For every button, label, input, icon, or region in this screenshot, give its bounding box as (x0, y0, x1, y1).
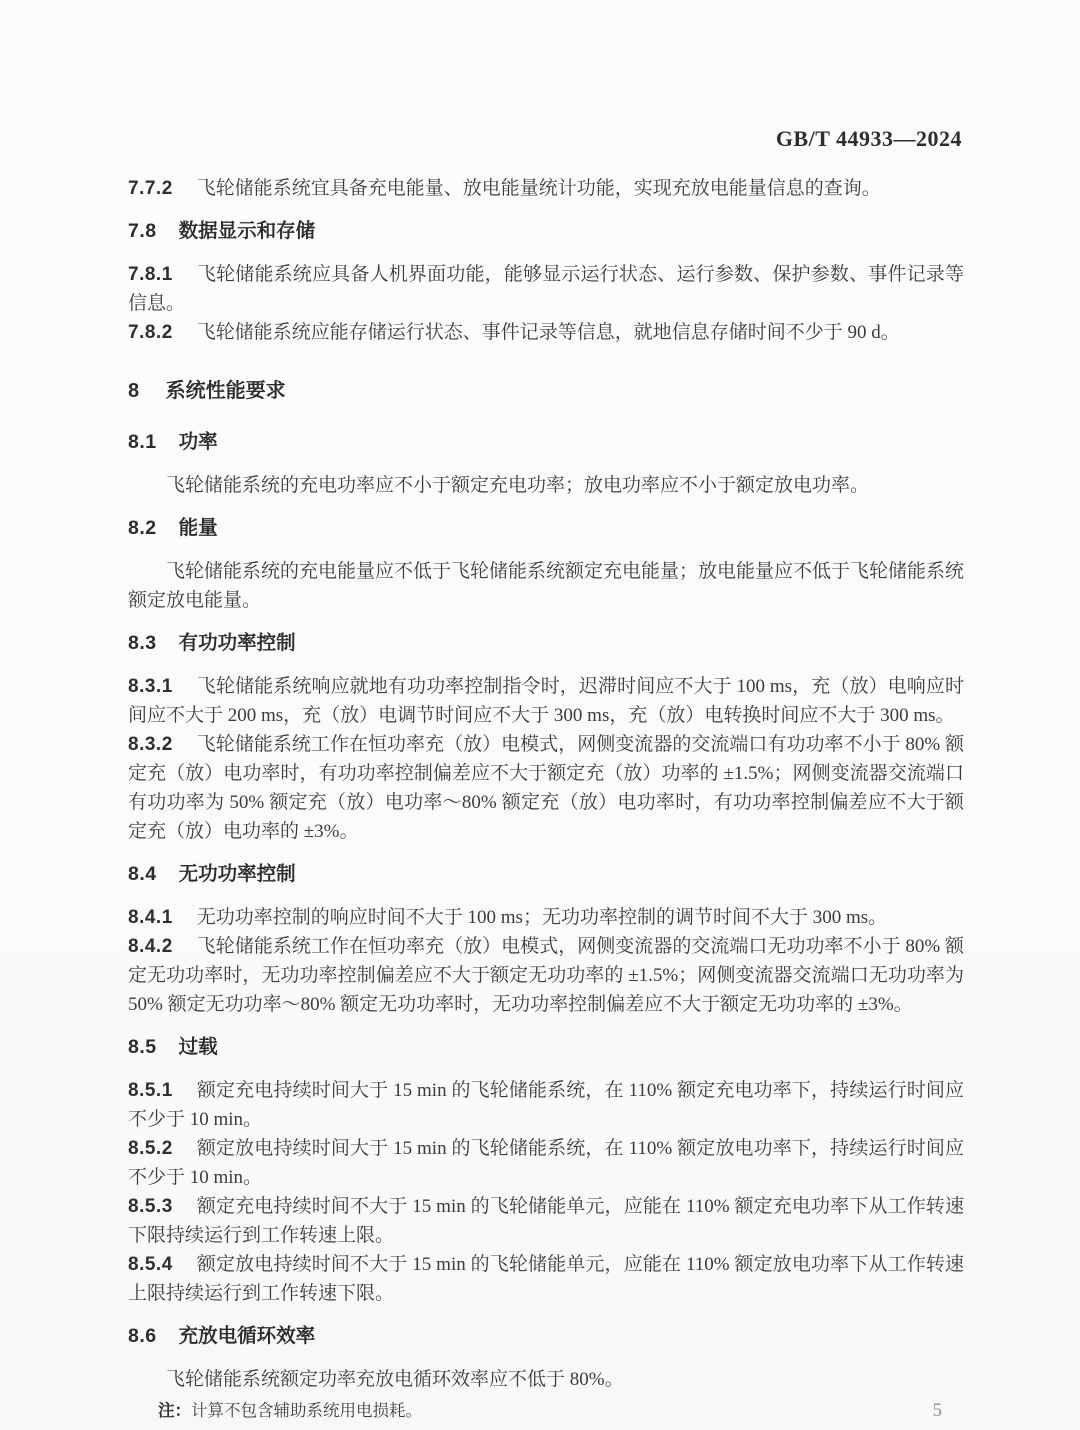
clause-text: 飞轮储能系统宜具备充电能量、放电能量统计功能，实现充放电能量信息的查询。 (197, 178, 881, 199)
section-number: 8.6 (128, 1325, 157, 1347)
clause-number: 7.8.1 (128, 264, 173, 285)
clause-text: 额定放电持续时间不大于 15 min 的飞轮储能单元，应能在 110% 额定放电… (128, 1254, 964, 1304)
clause-number: 8.4.2 (128, 936, 173, 957)
section-title: 功率 (179, 431, 218, 453)
clause-8.4.1: 8.4.1无功功率控制的响应时间不大于 100 ms；无功功率控制的调节时间不大… (128, 903, 964, 932)
clause-8.3.2: 8.3.2飞轮储能系统工作在恒功率充（放）电模式，网侧变流器的交流端口有功功率不… (128, 730, 964, 846)
clause-7.8.2: 7.8.2飞轮储能系统应能存储运行状态、事件记录等信息，就地信息存储时间不少于 … (128, 318, 964, 347)
section-number: 8.4 (128, 863, 157, 885)
section-title: 系统性能要求 (166, 380, 286, 402)
clause-text: 额定充电持续时间大于 15 min 的飞轮储能系统，在 110% 额定充电功率下… (128, 1080, 964, 1130)
clause-8.5.2: 8.5.2额定放电持续时间大于 15 min 的飞轮储能系统，在 110% 额定… (128, 1134, 964, 1192)
note-label: 注： (158, 1402, 191, 1420)
clause-8.5.4: 8.5.4额定放电持续时间不大于 15 min 的飞轮储能单元，应能在 110%… (128, 1250, 964, 1308)
clause-text: 飞轮储能系统应能存储运行状态、事件记录等信息，就地信息存储时间不少于 90 d。 (197, 322, 900, 343)
clause-8.5.3: 8.5.3额定充电持续时间不大于 15 min 的飞轮储能单元，应能在 110%… (128, 1192, 964, 1250)
clause-text: 无功功率控制的响应时间不大于 100 ms；无功功率控制的调节时间不大于 300… (197, 907, 887, 928)
section-title: 能量 (179, 517, 218, 539)
note-text: 计算不包含辅助系统用电损耗。 (191, 1401, 422, 1420)
section-number: 8.3 (128, 632, 157, 654)
standard-document-page: GB/T 44933—2024 7.7.2飞轮储能系统宜具备充电能量、放电能量统… (0, 0, 1080, 1430)
clause-number: 7.8.2 (128, 322, 173, 343)
section-heading-8.3: 8.3有功功率控制 (128, 629, 964, 658)
section-title: 无功功率控制 (179, 863, 296, 885)
clause-8.4.2: 8.4.2飞轮储能系统工作在恒功率充（放）电模式，网侧变流器的交流端口无功功率不… (128, 932, 964, 1019)
document-code: GB/T 44933—2024 (776, 126, 962, 152)
page-number: 5 (933, 1400, 943, 1422)
clause-8.3.1: 8.3.1飞轮储能系统响应就地有功功率控制指令时，迟滞时间应不大于 100 ms… (128, 672, 964, 730)
paragraph: 飞轮储能系统的充电功率应不小于额定充电功率；放电功率应不小于额定放电功率。 (128, 471, 964, 500)
note: 注：计算不包含辅助系统用电损耗。 (158, 1399, 964, 1423)
clause-number: 8.3.1 (128, 676, 173, 697)
section-heading-8.1: 8.1功率 (128, 428, 964, 457)
clause-number: 8.4.1 (128, 907, 173, 928)
section-number: 8 (128, 380, 140, 402)
section-number: 7.8 (128, 220, 157, 242)
section-heading-8.5: 8.5过载 (128, 1033, 964, 1062)
clause-text: 额定放电持续时间大于 15 min 的飞轮储能系统，在 110% 额定放电功率下… (128, 1138, 964, 1188)
document-body: 7.7.2飞轮储能系统宜具备充电能量、放电能量统计功能，实现充放电能量信息的查询… (128, 170, 964, 1423)
section-title: 数据显示和存储 (179, 220, 316, 242)
clause-text: 飞轮储能系统工作在恒功率充（放）电模式，网侧变流器的交流端口有功功率不小于 80… (128, 734, 964, 842)
clause-text: 额定充电持续时间不大于 15 min 的飞轮储能单元，应能在 110% 额定充电… (128, 1196, 964, 1246)
clause-number: 8.5.2 (128, 1138, 173, 1159)
section-title: 过载 (179, 1036, 218, 1058)
clause-8.5.1: 8.5.1额定充电持续时间大于 15 min 的飞轮储能系统，在 110% 额定… (128, 1076, 964, 1134)
clause-text: 飞轮储能系统应具备人机界面功能，能够显示运行状态、运行参数、保护参数、事件记录等… (128, 264, 964, 314)
section-heading-8: 8系统性能要求 (128, 377, 964, 406)
clause-7.7.2: 7.7.2飞轮储能系统宜具备充电能量、放电能量统计功能，实现充放电能量信息的查询… (128, 174, 964, 203)
section-number: 8.1 (128, 431, 157, 453)
section-number: 8.5 (128, 1036, 157, 1058)
section-number: 8.2 (128, 517, 157, 539)
section-heading-7.8: 7.8数据显示和存储 (128, 217, 964, 246)
clause-7.8.1: 7.8.1飞轮储能系统应具备人机界面功能，能够显示运行状态、运行参数、保护参数、… (128, 260, 964, 318)
section-title: 有功功率控制 (179, 632, 296, 654)
section-title: 充放电循环效率 (179, 1325, 316, 1347)
clause-number: 8.5.4 (128, 1254, 173, 1275)
clause-number: 8.5.1 (128, 1080, 173, 1101)
paragraph: 飞轮储能系统额定功率充放电循环效率应不低于 80%。 (128, 1365, 964, 1394)
clause-text: 飞轮储能系统工作在恒功率充（放）电模式，网侧变流器的交流端口无功功率不小于 80… (128, 936, 964, 1015)
section-heading-8.6: 8.6充放电循环效率 (128, 1322, 964, 1351)
paragraph: 飞轮储能系统的充电能量应不低于飞轮储能系统额定充电能量；放电能量应不低于飞轮储能… (128, 557, 964, 615)
clause-text: 飞轮储能系统响应就地有功功率控制指令时，迟滞时间应不大于 100 ms，充（放）… (128, 676, 964, 726)
section-heading-8.2: 8.2能量 (128, 514, 964, 543)
clause-number: 8.3.2 (128, 734, 173, 755)
clause-number: 8.5.3 (128, 1196, 173, 1217)
section-heading-8.4: 8.4无功功率控制 (128, 860, 964, 889)
clause-number: 7.7.2 (128, 178, 173, 199)
